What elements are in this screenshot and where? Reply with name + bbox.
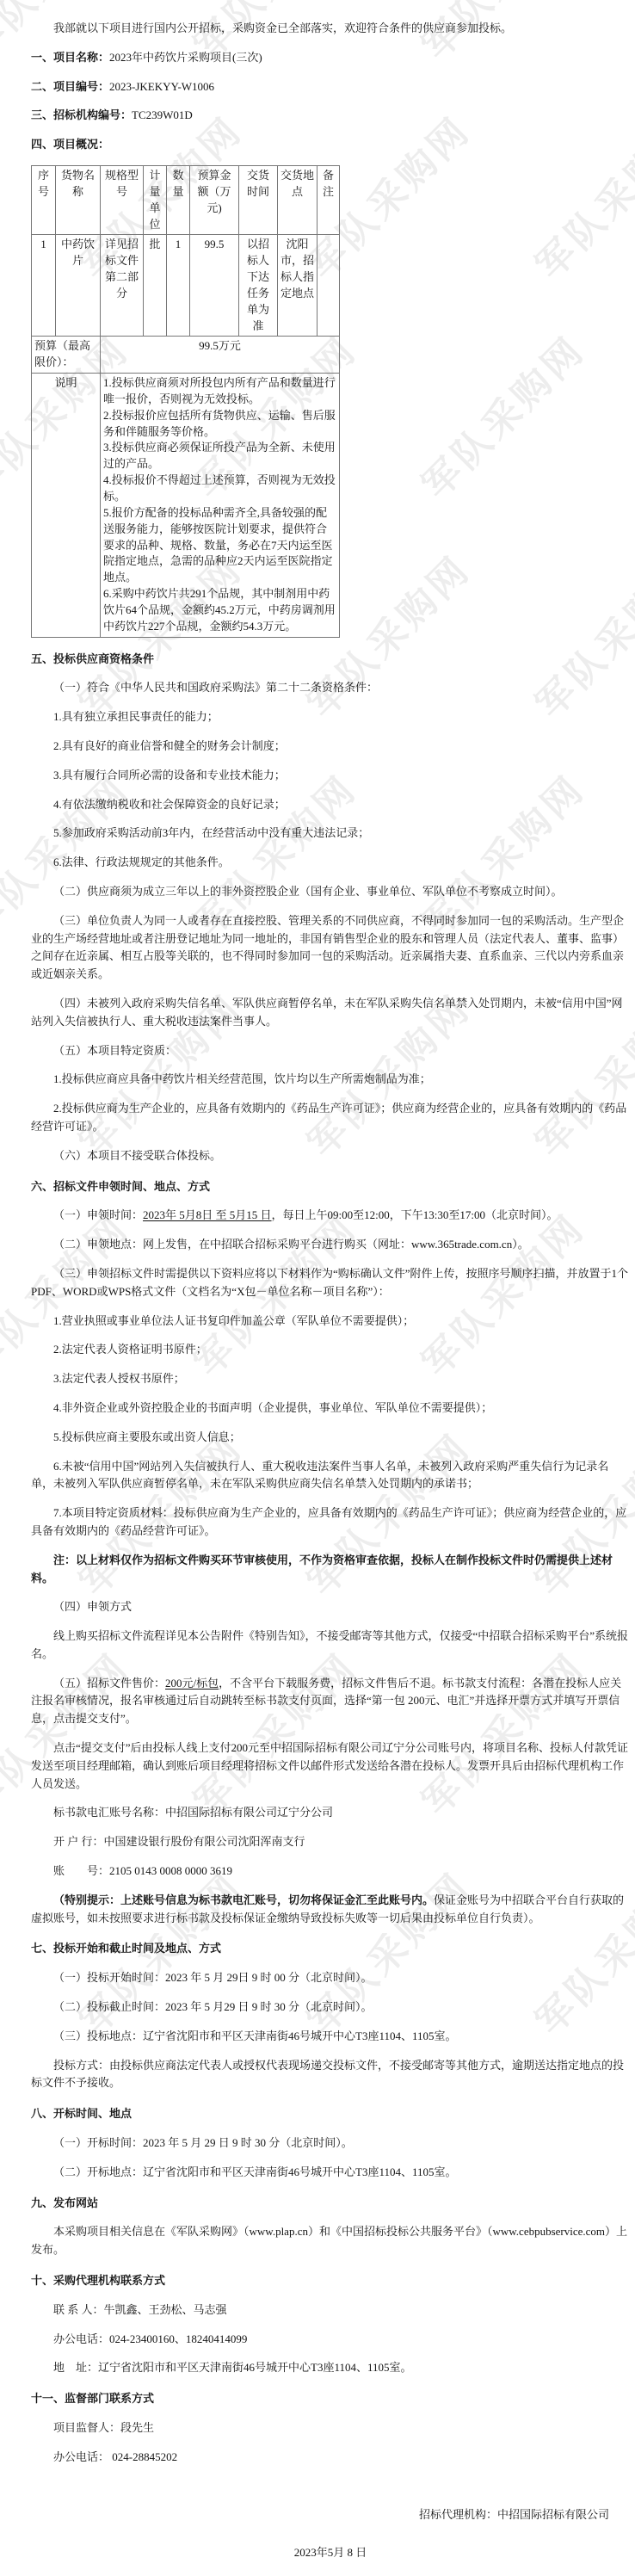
s6-list-item: 5.投标供应商主要股东或出资人信息； — [31, 1429, 630, 1447]
col-goods-name: 货物名称 — [56, 165, 101, 234]
s7-item: （二）投标截止时间：2023 年 5 月29 日 9 时 30 分（北京时间）。 — [31, 1998, 630, 2017]
s10-item: 联 系 人：牛凯鑫、王劲松、马志强 — [31, 2301, 630, 2320]
note-item: 6.采购中药饮片共291个品规，其中制剂用中药饮片64个品规，金额约45.2万元… — [103, 586, 336, 635]
project-number-line: 二、项目编号：2023-JKEKYY-W1006 — [31, 78, 630, 96]
special-tip: （特别提示：上述账号信息为标书款电汇账号，切勿将保证金汇至此账号内。保证金账号为… — [31, 1892, 630, 1928]
s6-list-item: 2.法定代表人资格证明书原件； — [31, 1341, 630, 1359]
s6-payment-flow: 点击“提交支付”后由投标人线上支付200元至中招国际招标有限公司辽宁分公司账号内… — [31, 1739, 630, 1793]
s6-list-item: 7.本项目特定资质材料：投标供应商为生产企业的，应具备有效期内的《药品生产许可证… — [31, 1504, 630, 1541]
s5-item: 6.法律、行政法规规定的其他条件。 — [31, 854, 630, 872]
s6-list-item: 3.法定代表人授权书原件； — [31, 1370, 630, 1388]
tender-announcement-document: 我部就以下项目进行国内公开招标，采购资金已全部落实，欢迎符合条件的供应商参加投标… — [0, 0, 635, 2576]
bank-branch: 开 户 行：中国建设银行股份有限公司沈阳浑南支行 — [31, 1833, 630, 1851]
s5-item: 4.有依法缴纳税收和社会保障资金的良好记录； — [31, 796, 630, 814]
section9-title: 九、发布网站 — [31, 2195, 630, 2213]
footer-date: 2023年5月 8 日 — [31, 2544, 630, 2562]
table-header-row: 序号 货物名称 规格型号 计量单位 数量 预算金额（万元) 交货时间 交货地点 … — [32, 165, 340, 234]
s7-item: （三）投标地点：辽宁省沈阳市和平区天津南街46号城开中心T3座1104、1105… — [31, 2028, 630, 2046]
s5-item: 1.具有独立承担民事责任的能力； — [31, 708, 630, 726]
s7-item: 投标方式：由投标供应商法定代表人或授权代表现场递交投标文件，不接受邮寄等其他方式… — [31, 2057, 630, 2093]
s8-item: （二）开标地点：辽宁省沈阳市和平区天津南街46号城开中心T3座1104、1105… — [31, 2164, 630, 2182]
col-quantity: 数量 — [167, 165, 190, 234]
s6-doc-price: （五）招标文件售价：200元/标包，不含平台下载服务费，招标文件售后不退。标书款… — [31, 1675, 630, 1728]
notes-cell: 1.投标供应商须对所投包内所有产品和数量进行唯一报价，否则视为无效投标。 2.投… — [101, 374, 340, 638]
col-remark: 备注 — [317, 165, 340, 234]
s10-item: 办公电话：024-23400160、18240414099 — [31, 2331, 630, 2349]
budget-label: 预算（最高限价）： — [32, 337, 101, 374]
s7-item: （一）投标开始时间：2023 年 5 月 29日 9 时 00 分（北京时间）。 — [31, 1969, 630, 1987]
budget-value: 99.5万元 — [101, 337, 340, 374]
project-overview-table: 序号 货物名称 规格型号 计量单位 数量 预算金额（万元) 交货时间 交货地点 … — [31, 165, 340, 638]
s5-item: （三）单位负责人为同一人或者存在直接控股、管理关系的不同供应商，不得同时参加同一… — [31, 912, 630, 984]
agency-number-value: TC239W01D — [132, 108, 193, 121]
col-delivery-time: 交货时间 — [239, 165, 278, 234]
s6-note: 注：以上材料仅作为招标文件购买环节审核使用，不作为资格审查依据，投标人在制作投标… — [31, 1552, 630, 1588]
s5-item: 2.投标供应商为生产企业的，应具备有效期内的《药品生产许可证》；供应商为经营企业… — [31, 1100, 630, 1136]
s10-item: 地 址：辽宁省沈阳市和平区天津南街46号城开中心T3座1104、1105室。 — [31, 2359, 630, 2377]
s6-apply-method-title: （四）申领方式 — [31, 1598, 630, 1616]
project-number-label: 二、项目编号： — [31, 80, 109, 93]
cell-delivery-place: 沈阳市，招标人指定地点 — [278, 235, 317, 337]
section11-title: 十一、监督部门联系方式 — [31, 2390, 630, 2408]
overview-heading: 四、项目概况： — [31, 136, 630, 154]
apply-date-range: 2023年 5月8日 至 5月15 日 — [143, 1208, 272, 1221]
note-item: 5.报价方配备的投标品种需齐全,具备较强的配送服务能力，能够按医院计划要求，提供… — [103, 505, 336, 586]
cell-remark — [317, 235, 340, 337]
s9-item: 本采购项目相关信息在《军队采购网》（www.plap.cn）和《中国招标投标公共… — [31, 2223, 630, 2259]
note-item: 1.投标供应商须对所投包内所有产品和数量进行唯一报价，否则视为无效投标。 — [103, 375, 336, 408]
section7-title: 七、投标开始和截止时间及地点、方式 — [31, 1940, 630, 1958]
project-name-label: 一、项目名称： — [31, 51, 109, 64]
col-spec-model: 规格型号 — [101, 165, 144, 234]
bank-account-name: 标书款电汇账号名称：中招国际招标有限公司辽宁分公司 — [31, 1804, 630, 1822]
note-item: 3.投标供应商必须保证所投产品为全新、未使用过的产品。 — [103, 440, 336, 473]
note-item: 2.投标报价应包括所有货物供应、运输、售后服务和伴随服务等价格。 — [103, 408, 336, 441]
cell-quantity: 1 — [167, 235, 190, 337]
cell-delivery-time: 以招标人下达任务单为准 — [239, 235, 278, 337]
s6-apply-method: 线上购买招标文件流程详见本公告附件《特别告知》，不接受邮寄等其他方式，仅接受“中… — [31, 1628, 630, 1664]
footer-agency: 招标代理机构：中招国际招标有限公司 — [31, 2506, 609, 2524]
notes-row: 说明 1.投标供应商须对所投包内所有产品和数量进行唯一报价，否则视为无效投标。 … — [32, 374, 340, 638]
doc-price-value: 200元/标包 — [165, 1677, 219, 1690]
s5-item: 3.具有履行合同所必需的设备和专业技术能力； — [31, 767, 630, 785]
col-seq: 序号 — [32, 165, 56, 234]
s5-item: （一）符合《中华人民共和国政府采购法》第二十二条资格条件： — [31, 679, 630, 697]
s5-item: （六）本项目不接受联合体投标。 — [31, 1147, 630, 1165]
cell-seq: 1 — [32, 235, 56, 337]
project-name-value: 2023年中药饮片采购项目(三次) — [109, 51, 262, 64]
s5-item: 5.参加政府采购活动前3年内，在经营活动中没有重大违法记录； — [31, 825, 630, 843]
s5-item: 2.具有良好的商业信誉和健全的财务会计制度； — [31, 738, 630, 756]
section5-title: 五、投标供应商资格条件 — [31, 651, 630, 669]
note-item: 4.投标报价不得超过上述预算，否则视为无效投标。 — [103, 473, 336, 505]
intro-paragraph: 我部就以下项目进行国内公开招标，采购资金已全部落实，欢迎符合条件的供应商参加投标… — [31, 20, 630, 38]
cell-budget: 99.5 — [190, 235, 239, 337]
bank-account-number: 账 号：2105 0143 0008 0000 3619 — [31, 1863, 630, 1881]
cell-spec-model: 详见招标文件第二部分 — [101, 235, 144, 337]
col-delivery-place: 交货地点 — [278, 165, 317, 234]
section10-title: 十、采购代理机构联系方式 — [31, 2272, 630, 2290]
s5-item: （二）供应商须为成立三年以上的非外资控股企业（国有企业、事业单位、军队单位不考察… — [31, 883, 630, 901]
notes-label: 说明 — [32, 374, 101, 638]
s5-item: （四）未被列入政府采购失信名单、军队供应商暂停名单，未在军队采购失信名单禁入处罚… — [31, 995, 630, 1031]
budget-row: 预算（最高限价）： 99.5万元 — [32, 337, 340, 374]
agency-number-line: 三、招标机构编号：TC239W01D — [31, 107, 630, 125]
s5-item: （五）本项目特定资质： — [31, 1042, 630, 1060]
s6-apply-materials: （三）申领招标文件时需提供以下资料应将以下材料作为“购标确认文件”附件上传，按照… — [31, 1265, 630, 1301]
cell-unit: 批 — [144, 235, 167, 337]
s6-apply-place: （二）申领地点：网上发售，在中招联合招标采购平台进行购买（网址：www.365t… — [31, 1236, 630, 1254]
agency-number-label: 三、招标机构编号： — [31, 108, 132, 121]
s6-apply-time: （一）申领时间：2023年 5月8日 至 5月15 日，每日上午09:00至12… — [31, 1207, 630, 1225]
s11-item: 项目监督人：段先生 — [31, 2419, 630, 2437]
cell-goods-name: 中药饮片 — [56, 235, 101, 337]
s5-item: 1.投标供应商应具备中药饮片相关经营范围，饮片均以生产所需炮制品为准； — [31, 1071, 630, 1089]
section8-title: 八、开标时间、地点 — [31, 2105, 630, 2123]
col-budget: 预算金额（万元) — [190, 165, 239, 234]
project-name-line: 一、项目名称：2023年中药饮片采购项目(三次) — [31, 49, 630, 67]
s6-list-item: 6.未被“信用中国”网站列入失信被执行人、重大税收违法案件当事人名单，未被列入政… — [31, 1458, 630, 1494]
section6-title: 六、招标文件申领时间、地点、方式 — [31, 1178, 630, 1196]
col-unit: 计量单位 — [144, 165, 167, 234]
s11-item: 办公电话： 024-28845202 — [31, 2449, 630, 2467]
project-number-value: 2023-JKEKYY-W1006 — [109, 80, 214, 93]
table-row: 1 中药饮片 详见招标文件第二部分 批 1 99.5 以招标人下达任务单为准 沈… — [32, 235, 340, 337]
s6-list-item: 4.非外资企业或外资控股企业的书面声明（企业提供，事业单位、军队单位不需要提供）… — [31, 1399, 630, 1418]
s6-list-item: 1.营业执照或事业单位法人证书复印件加盖公章（军队单位不需要提供）； — [31, 1313, 630, 1331]
s8-item: （一）开标时间：2023 年 5 月 29 日 9 时 30 分（北京时间）。 — [31, 2134, 630, 2153]
